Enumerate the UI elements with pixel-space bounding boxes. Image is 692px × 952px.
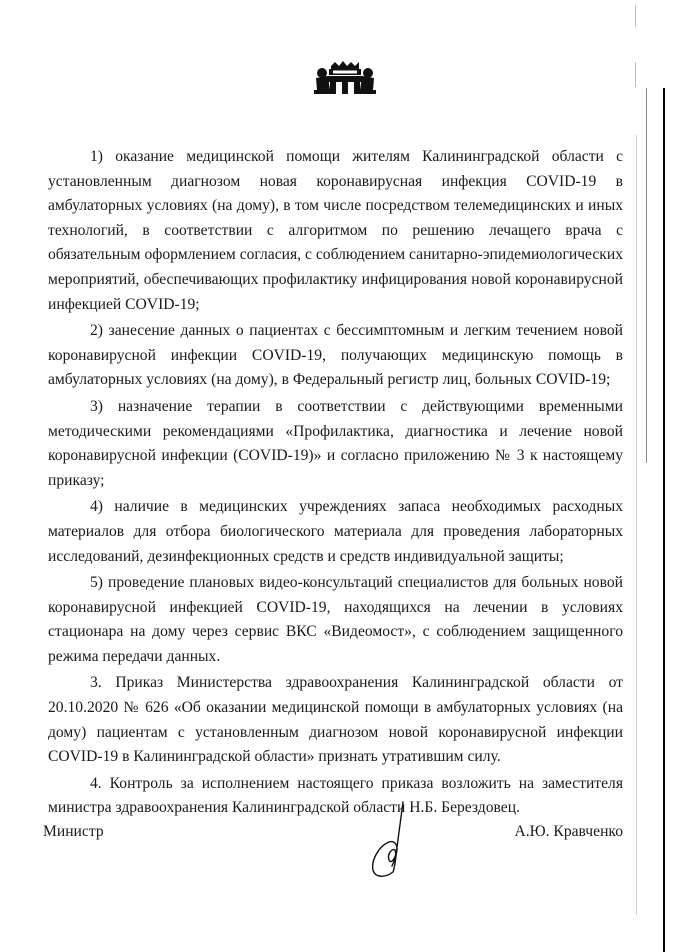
handwritten-signature-icon	[365, 798, 425, 888]
clause-3-repeal: 3. Приказ Министерства здравоохранения К…	[48, 671, 623, 769]
order-body-text: 1) оказание медицинской помощи жителям К…	[48, 145, 623, 821]
signature-block: Министр А.Ю. Кравченко	[43, 820, 623, 900]
paragraph-item-3: 3) назначение терапии в соответствии с д…	[48, 395, 623, 493]
paragraph-item-1: 1) оказание медицинской помощи жителям К…	[48, 145, 623, 317]
document-page: 1) оказание медицинской помощи жителям К…	[0, 0, 692, 952]
scan-edge-faint-top	[635, 5, 636, 27]
scan-edge-faint-long	[636, 135, 637, 915]
signatory-title: Министр	[43, 823, 104, 841]
paragraph-item-4: 4) наличие в медицинских учреждениях зап…	[48, 495, 623, 569]
paragraph-item-2: 2) занесение данных о пациентах с бессим…	[48, 319, 623, 393]
coat-of-arms-icon	[313, 60, 377, 96]
paragraph-item-5: 5) проведение плановых видео-консультаци…	[48, 571, 623, 669]
scan-edge-grey-bar	[646, 88, 647, 463]
signatory-name: А.Ю. Кравченко	[514, 823, 623, 841]
scan-edge-faint-mid	[635, 62, 636, 87]
clause-4-control: 4. Контроль за исполнением настоящего пр…	[48, 772, 623, 821]
scan-edge-black-bar	[663, 88, 665, 952]
